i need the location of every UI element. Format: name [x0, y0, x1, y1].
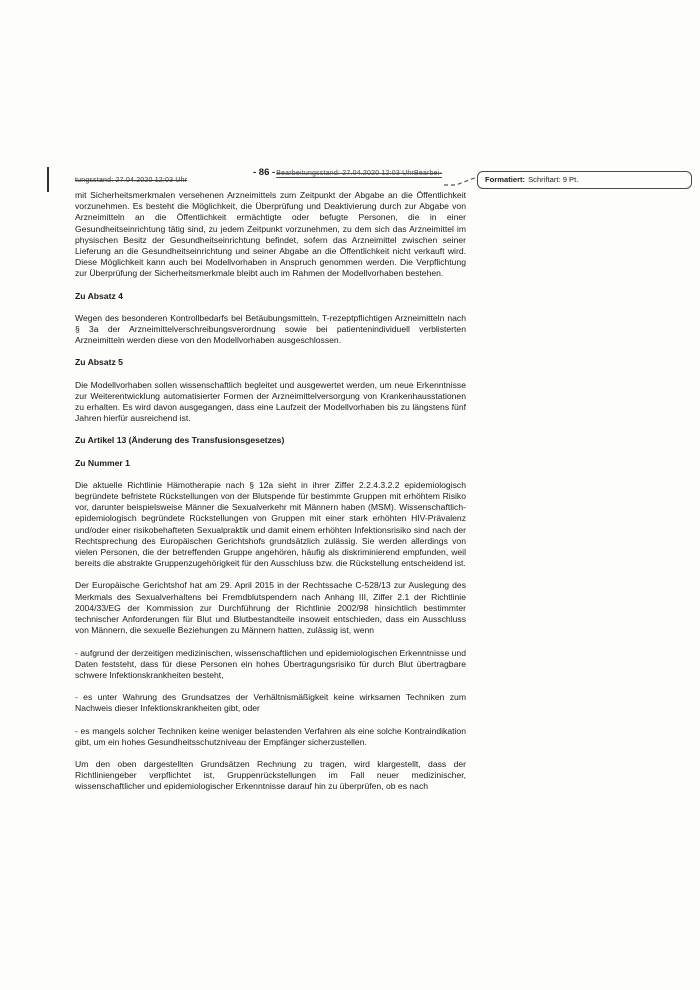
paragraph-bedingung-2: - es unter Wahrung des Grundsatzes der V…: [75, 692, 466, 714]
paragraph-modellvorhaben: Die Modellvorhaben sollen wissenschaftli…: [75, 380, 466, 425]
header-deleted-text-left: tungsstand: 27.04.2020 12:03 Uhr: [75, 177, 187, 184]
document-page: tungsstand: 27.04.2020 12:03 Uhr - 86 - …: [0, 0, 700, 990]
comment-connector-line: [443, 172, 479, 188]
heading-zu-absatz-5: Zu Absatz 5: [75, 357, 466, 368]
page-header: - 86 - Bearbeitungsstand: 27.04.2020 12:…: [253, 167, 442, 178]
paragraph-kontrollbedarf: Wegen des besonderen Kontrollbedarfs bei…: [75, 313, 466, 347]
format-comment-balloon: Formatiert:Schriftart: 9 Pt.: [477, 171, 692, 189]
document-body: mit Sicherheitsmerkmalen versehenen Arzn…: [75, 190, 466, 804]
page-number: - 86 -: [253, 167, 275, 178]
heading-zu-absatz-4: Zu Absatz 4: [75, 291, 466, 302]
header-deleted-text-center: Bearbeitungsstand: 27.04.2020 12:03 UhrB…: [276, 170, 442, 177]
paragraph-richtlinie-haemotherapie: Die aktuelle Richtlinie Hämotherapie nac…: [75, 480, 466, 570]
paragraph-bedingung-3: - es mangels solcher Techniken keine wen…: [75, 726, 466, 748]
paragraph-security-features: mit Sicherheitsmerkmalen versehenen Arzn…: [75, 190, 466, 280]
paragraph-eugh-urteil: Der Europäische Gerichtshof hat am 29. A…: [75, 580, 466, 636]
comment-text: Schriftart: 9 Pt.: [528, 175, 578, 184]
heading-zu-artikel-13: Zu Artikel 13 (Änderung des Transfusions…: [75, 435, 466, 446]
heading-zu-nummer-1: Zu Nummer 1: [75, 458, 466, 469]
revision-change-bar: [47, 167, 49, 192]
paragraph-bedingung-1: - aufgrund der derzeitigen medizinischen…: [75, 648, 466, 682]
comment-label: Formatiert:: [485, 175, 525, 184]
paragraph-klarstellung: Um den oben dargestellten Grundsätzen Re…: [75, 759, 466, 793]
